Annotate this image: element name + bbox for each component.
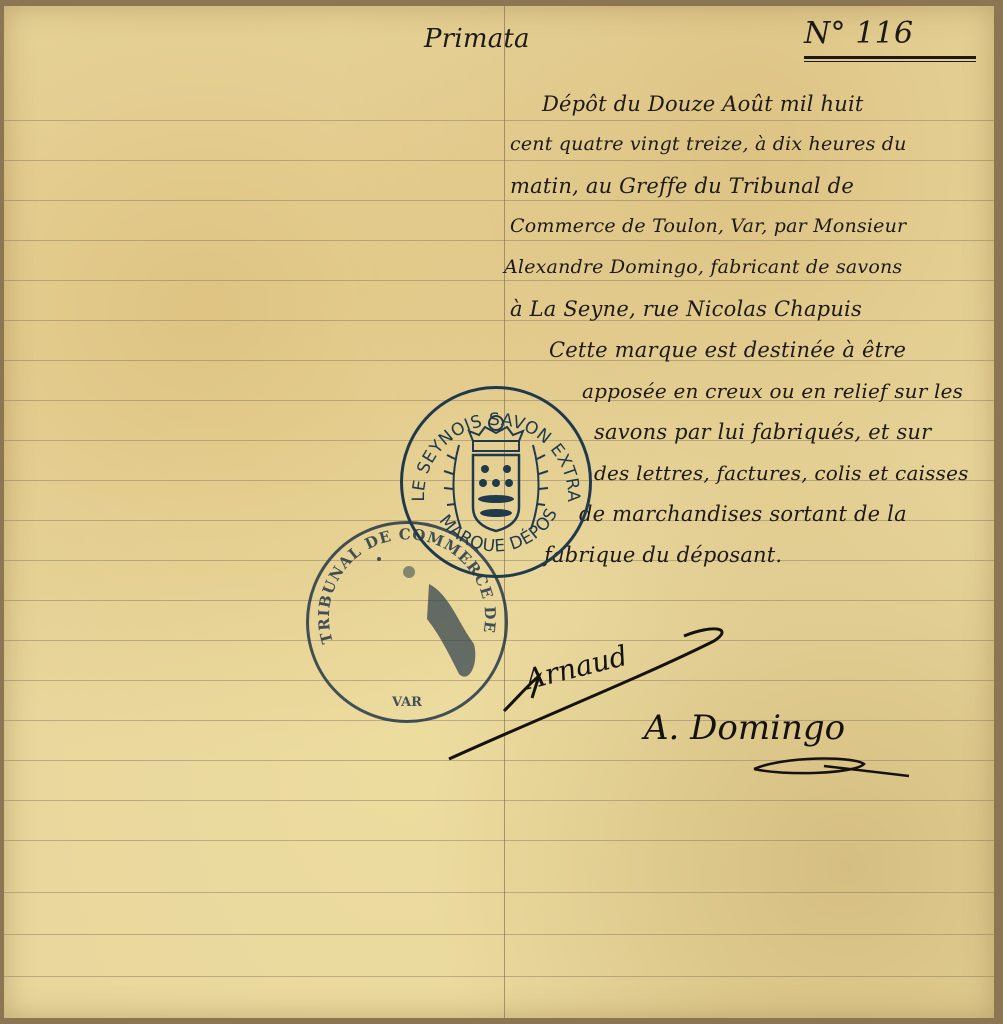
deposit-text-line: des lettres, factures, colis et caisses (594, 461, 969, 485)
deposit-text-line: Commerce de Toulon, Var, par Monsieur (510, 215, 906, 237)
ruled-line (4, 934, 994, 935)
ruled-line (4, 800, 994, 801)
trademark-stamp-top-text: LE SEYNOIS SAVON EXTRA (409, 410, 583, 503)
deposit-text-line: matin, au Greffe du Tribunal de (510, 174, 854, 198)
ruled-line (4, 240, 994, 241)
header-label: Primata (424, 24, 530, 54)
ruled-line (4, 200, 994, 201)
deposit-text-line: Dépôt du Douze Août mil huit (542, 92, 864, 116)
ruled-line (4, 976, 994, 977)
ruled-line (4, 840, 994, 841)
depositor-signature: A. Domingo (644, 708, 845, 748)
ruled-line (4, 160, 994, 161)
svg-text:LE SEYNOIS SAVON EXTRA: LE SEYNOIS SAVON EXTRA (409, 410, 583, 503)
ruled-line (4, 120, 994, 121)
ruled-line (4, 892, 994, 893)
deposit-text-line: Alexandre Domingo, fabricant de savons (504, 256, 902, 278)
number-underline (804, 61, 976, 62)
court-stamp-footer: VAR (391, 695, 422, 710)
ruled-line (4, 280, 994, 281)
register-page: Primata N° 116 Dépôt du Douze Août mil h… (4, 6, 994, 1018)
shield-icon (473, 455, 519, 531)
number-underline (804, 56, 976, 59)
deposit-text-line: Cette marque est destinée à être (549, 338, 906, 362)
register-number: N° 116 (804, 16, 913, 51)
deposit-text-line: de marchandises sortant de la (579, 502, 907, 526)
deposit-text-line: cent quatre vingt treize, à dix heures d… (510, 133, 907, 155)
deposit-text-line: apposée en creux ou en relief sur les (582, 379, 963, 403)
trademark-stamp: LE SEYNOIS SAVON EXTRA MARQUE DÉPOSÉE (400, 386, 592, 578)
deposit-text-line: savons par lui fabriqués, et sur (594, 420, 931, 444)
depositor-signature-flourish-icon (744, 744, 924, 784)
deposit-text-line: à La Seyne, rue Nicolas Chapuis (510, 297, 862, 321)
trademark-stamp-icon: LE SEYNOIS SAVON EXTRA MARQUE DÉPOSÉE (403, 389, 589, 575)
